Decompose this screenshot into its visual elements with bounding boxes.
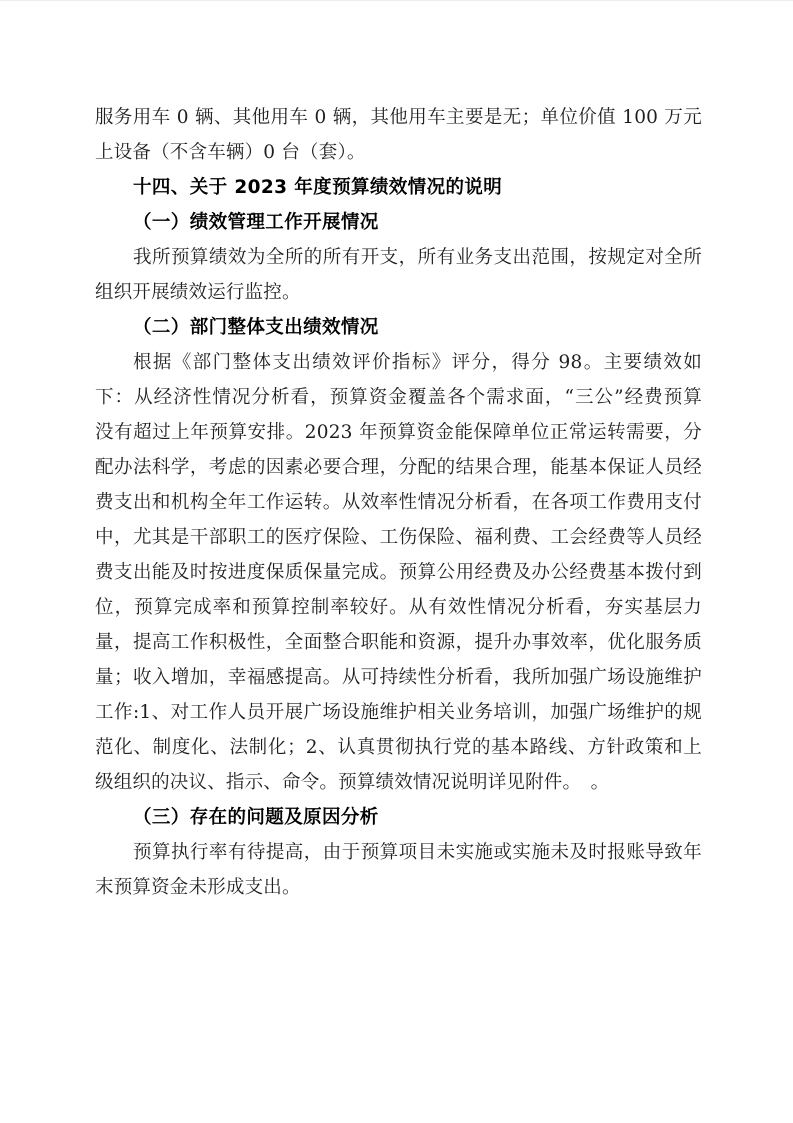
body-line: 下：从经济性情况分析看，预算资金覆盖各个需求面，“三公”经费预算	[95, 380, 702, 415]
body-line: 根据《部门整体支出绩效评价指标》评分，得分 98。主要绩效如	[95, 345, 702, 380]
body-line: 我所预算绩效为全所的所有开支，所有业务支出范围，按规定对全所	[95, 240, 702, 275]
body-line: 中，尤其是干部职工的医疗保险、工伤保险、福利费、工会经费等人员经	[95, 520, 702, 555]
body-line: 预算执行率有待提高，由于预算项目未实施或实施未及时报账导致年	[95, 835, 702, 870]
body-line: 上设备（不含车辆）0 台（套）。	[95, 135, 702, 170]
heading-line: 十四、关于 2023 年度预算绩效情况的说明	[95, 170, 702, 205]
body-line: 量，提高工作积极性，全面整合职能和资源，提升办事效率，优化服务质	[95, 625, 702, 660]
body-line: 配办法科学，考虑的因素必要合理，分配的结果合理，能基本保证人员经	[95, 450, 702, 485]
body-line: 工作:1、对工作人员开展广场设施维护相关业务培训，加强广场维护的规	[95, 695, 702, 730]
body-line: 末预算资金未形成支出。	[95, 870, 702, 905]
body-line: 范化、制度化、法制化；2、认真贯彻执行党的基本路线、方针政策和上	[95, 730, 702, 765]
body-line: 组织开展绩效运行监控。	[95, 275, 702, 310]
body-line: 级组织的决议、指示、命令。预算绩效情况说明详见附件。 。	[95, 765, 702, 800]
body-line: 费支出和机构全年工作运转。从效率性情况分析看，在各项工作费用支付	[95, 485, 702, 520]
body-line: 服务用车 0 辆、其他用车 0 辆，其他用车主要是无；单位价值 100 万元以	[95, 100, 702, 135]
heading-line: （三）存在的问题及原因分析	[95, 800, 702, 835]
heading-line: （二）部门整体支出绩效情况	[95, 310, 702, 345]
body-line: 量；收入增加，幸福感提高。从可持续性分析看，我所加强广场设施维护	[95, 660, 702, 695]
text-block: 服务用车 0 辆、其他用车 0 辆，其他用车主要是无；单位价值 100 万元以上…	[95, 100, 702, 905]
body-line: 位，预算完成率和预算控制率较好。从有效性情况分析看，夯实基层力	[95, 590, 702, 625]
document-page: 服务用车 0 辆、其他用车 0 辆，其他用车主要是无；单位价值 100 万元以上…	[0, 1, 793, 1123]
body-line: 没有超过上年预算安排。2023 年预算资金能保障单位正常运转需要，分	[95, 415, 702, 450]
heading-line: （一）绩效管理工作开展情况	[95, 205, 702, 240]
body-line: 费支出能及时按进度保质保量完成。预算公用经费及办公经费基本拨付到	[95, 555, 702, 590]
